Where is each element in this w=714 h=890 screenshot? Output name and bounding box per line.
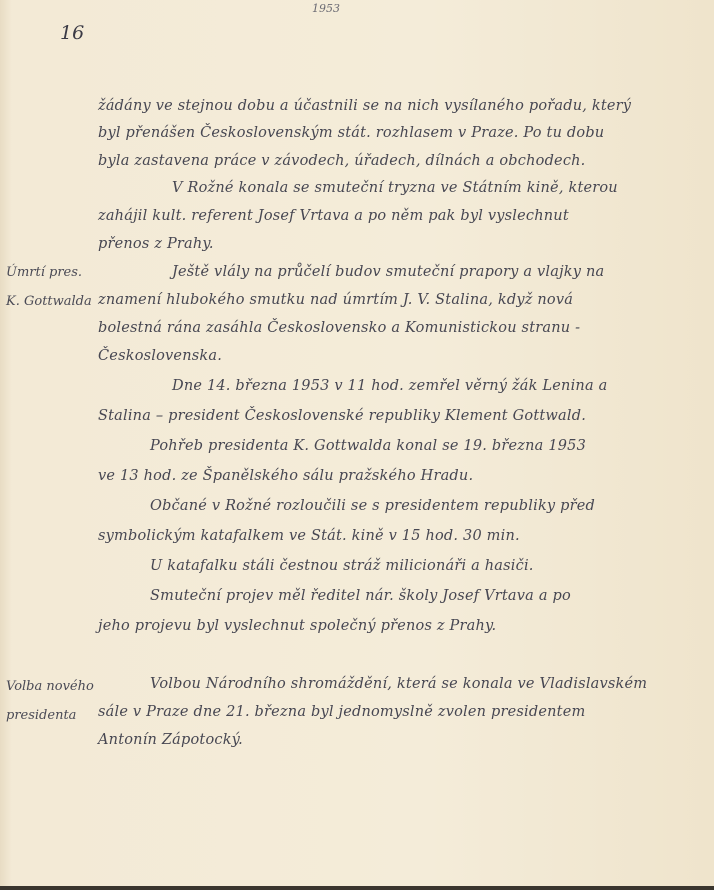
text-line: symbolickým katafalkem ve Stát. kině v 1…	[98, 528, 520, 544]
text-line: Československa.	[98, 348, 222, 364]
text-line: znamení hlubokého smutku nad úmrtím J. V…	[98, 292, 573, 308]
manuscript-page: 1953 16 Úmrtí pres. K. Gottwalda Volba n…	[0, 0, 714, 890]
text-line: Stalina – president Československé repub…	[98, 408, 586, 424]
text-line: V Rožné konala se smuteční tryzna ve Stá…	[172, 180, 618, 196]
text-line: Ještě vlály na průčelí budov smuteční pr…	[172, 264, 604, 280]
margin-note-line: K. Gottwalda	[6, 287, 92, 316]
text-line: Občané v Rožné rozloučili se s president…	[150, 498, 595, 514]
margin-note-line: presidenta	[6, 701, 94, 730]
margin-note-gottwald-death: Úmrtí pres. K. Gottwalda	[6, 258, 92, 316]
text-line: Volbou Národního shromáždění, která se k…	[150, 676, 647, 692]
text-line: přenos z Prahy.	[98, 236, 214, 252]
text-line: sále v Praze dne 21. března byl jednomys…	[98, 704, 585, 720]
text-line: Smuteční projev měl ředitel nár. školy J…	[150, 588, 571, 604]
text-line: ve 13 hod. ze Španělského sálu pražského…	[98, 468, 473, 484]
margin-note-president-election: Volba nového presidenta	[6, 672, 94, 730]
page-year: 1953	[312, 2, 340, 15]
page-number: 16	[60, 22, 84, 44]
text-line: jeho projevu byl vyslechnut společný pře…	[98, 618, 496, 634]
text-line: bolestná rána zasáhla Československo a K…	[98, 320, 580, 336]
text-line: Antonín Zápotocký.	[98, 732, 243, 748]
text-line: byl přenášen Československým stát. rozhl…	[98, 125, 604, 141]
text-line: zahájil kult. referent Josef Vrtava a po…	[98, 208, 569, 224]
text-line: Dne 14. března 1953 v 11 hod. zemřel věr…	[172, 378, 607, 394]
text-line: Pohřeb presidenta K. Gottwalda konal se …	[150, 438, 586, 454]
text-line: byla zastavena práce v závodech, úřadech…	[98, 153, 586, 169]
margin-note-line: Volba nového	[6, 672, 94, 701]
margin-note-line: Úmrtí pres.	[6, 258, 92, 287]
text-line: žádány ve stejnou dobu a účastnili se na…	[98, 98, 631, 114]
text-line: U katafalku stáli čestnou stráž milicion…	[150, 558, 534, 574]
